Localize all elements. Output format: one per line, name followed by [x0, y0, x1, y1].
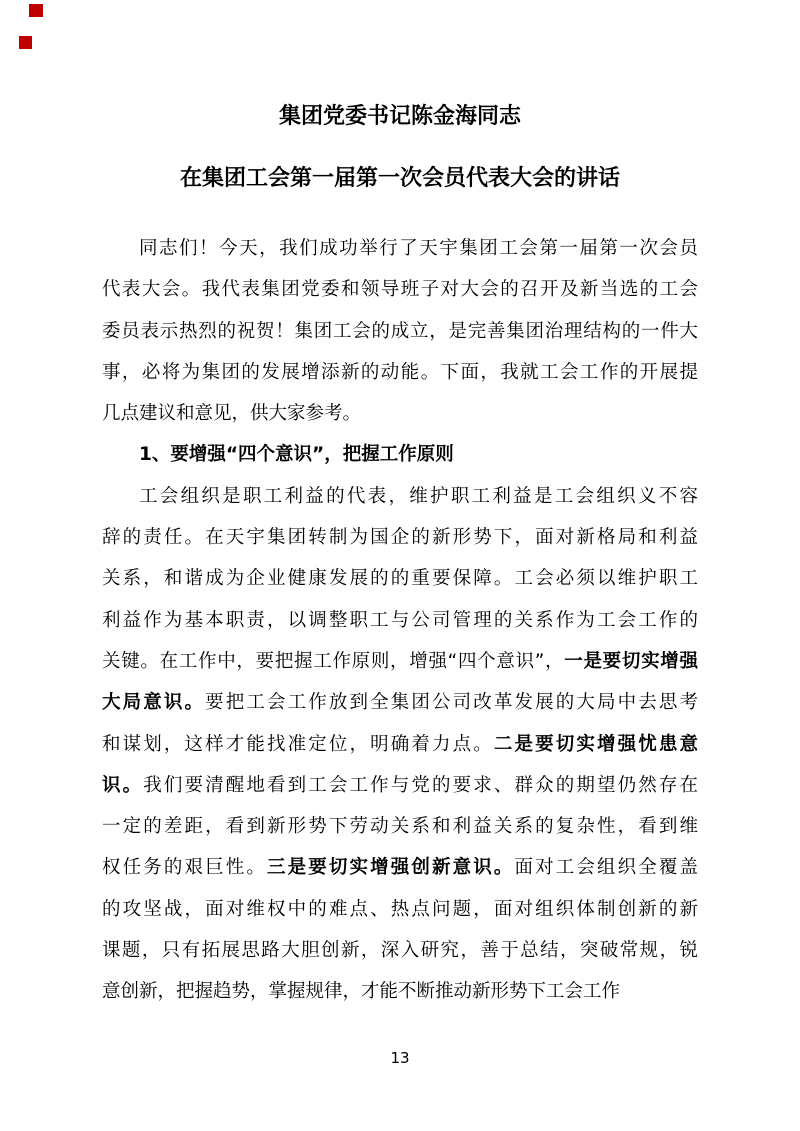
text-run: 辞的责任。在天宇集团转制为国企的新形势下，面对新格局和利益 — [102, 527, 698, 548]
text-run: 的攻坚战，面对维权中的难点、热点问题，面对组织体制创新的新 — [102, 899, 698, 920]
body-line: 工会组织是职工利益的代表，维护职工利益是工会组织义不容 — [102, 476, 698, 517]
text-run: 课题，只有拓展思路大胆创新，深入研究，善于总结，突破常规，锐 — [102, 940, 698, 961]
text-run: 要把工会工作放到全集团公司改革发展的大局中去思考 — [205, 692, 698, 713]
document-title-line2: 在集团工会第一届第一次会员代表大会的讲话 — [0, 166, 800, 192]
body-line: 和谋划，这样才能找准定位，明确着力点。二是要切实增强忧患意 — [102, 724, 698, 765]
body-line: 大局意识。要把工会工作放到全集团公司改革发展的大局中去思考 — [102, 682, 698, 723]
text-run: 代表大会。我代表集团党委和领导班子对大会的召开及新当选的工会 — [102, 279, 698, 300]
body-line: 辞的责任。在天宇集团转制为国企的新形势下，面对新格局和利益 — [102, 517, 698, 558]
text-run: 几点建议和意见，供大家参考。 — [102, 403, 361, 424]
bold-text-run: 1、要增强“四个意识”，把握工作原则 — [139, 444, 454, 465]
body-line: 意创新，把握趋势，掌握规律，才能不断推动新形势下工会工作 — [102, 971, 698, 1012]
body-line: 利益作为基本职责，以调整职工与公司管理的关系作为工会工作的 — [102, 600, 698, 641]
text-run: 我们要清醒地看到工会工作与党的要求、群众的期望仍然存在 — [143, 775, 698, 796]
body-line: 几点建议和意见，供大家参考。 — [102, 393, 698, 434]
bold-text-run: 识。 — [102, 775, 143, 796]
body-line: 课题，只有拓展思路大胆创新，深入研究，善于总结，突破常规，锐 — [102, 930, 698, 971]
body-line: 委员表示热烈的祝贺！集团工会的成立，是完善集团治理结构的一件大 — [102, 311, 698, 352]
text-run: 一定的差距，看到新形势下劳动关系和利益关系的复杂性，看到维 — [102, 816, 698, 837]
text-run: 同志们！今天，我们成功举行了天宇集团工会第一届第一次会员 — [139, 238, 698, 259]
text-run: 工会组织是职工利益的代表，维护职工利益是工会组织义不容 — [139, 486, 698, 507]
body-line: 一定的差距，看到新形势下劳动关系和利益关系的复杂性，看到维 — [102, 806, 698, 847]
text-run: 意创新，把握趋势，掌握规律，才能不断推动新形势下工会工作 — [102, 981, 620, 1002]
red-mark — [19, 36, 32, 49]
text-run: 委员表示热烈的祝贺！集团工会的成立，是完善集团治理结构的一件大 — [102, 321, 698, 342]
body-line: 1、要增强“四个意识”，把握工作原则 — [102, 434, 698, 475]
document-title-line1: 集团党委书记陈金海同志 — [0, 0, 800, 130]
body-line: 同志们！今天，我们成功举行了天宇集团工会第一届第一次会员 — [102, 228, 698, 269]
document-page: 集团党委书记陈金海同志 在集团工会第一届第一次会员代表大会的讲话 同志们！今天，… — [0, 0, 800, 1131]
red-mark — [29, 4, 43, 17]
bold-text-run: 二是要切实增强忧患意 — [494, 734, 698, 755]
text-run: 和谋划，这样才能找准定位，明确着力点。 — [102, 734, 494, 755]
text-run: 面对工会组织全覆盖 — [514, 857, 698, 878]
body-line: 的攻坚战，面对维权中的难点、热点问题，面对组织体制创新的新 — [102, 889, 698, 930]
body-line: 代表大会。我代表集团党委和领导班子对大会的召开及新当选的工会 — [102, 269, 698, 310]
text-run: 权任务的艰巨性。 — [102, 857, 267, 878]
text-run: 事，必将为集团的发展增添新的动能。下面，我就工会工作的开展提 — [102, 362, 698, 383]
body-line: 权任务的艰巨性。三是要切实增强创新意识。面对工会组织全覆盖 — [102, 847, 698, 888]
document-body: 同志们！今天，我们成功举行了天宇集团工会第一届第一次会员代表大会。我代表集团党委… — [102, 228, 698, 1013]
bold-text-run: 一是要切实增强 — [564, 651, 698, 672]
body-line: 关键。在工作中，要把握工作原则，增强“四个意识”，一是要切实增强 — [102, 641, 698, 682]
text-run: 关系，和谐成为企业健康发展的的重要保障。工会必须以维护职工 — [102, 568, 698, 589]
bold-text-run: 三是要切实增强创新意识。 — [267, 857, 514, 878]
body-line: 识。我们要清醒地看到工会工作与党的要求、群众的期望仍然存在 — [102, 765, 698, 806]
bold-text-run: 大局意识。 — [102, 692, 205, 713]
page-number: 13 — [0, 1049, 800, 1067]
body-line: 事，必将为集团的发展增添新的动能。下面，我就工会工作的开展提 — [102, 352, 698, 393]
body-line: 关系，和谐成为企业健康发展的的重要保障。工会必须以维护职工 — [102, 558, 698, 599]
text-run: 利益作为基本职责，以调整职工与公司管理的关系作为工会工作的 — [102, 610, 698, 631]
text-run: 关键。在工作中，要把握工作原则，增强“四个意识”， — [102, 651, 564, 672]
